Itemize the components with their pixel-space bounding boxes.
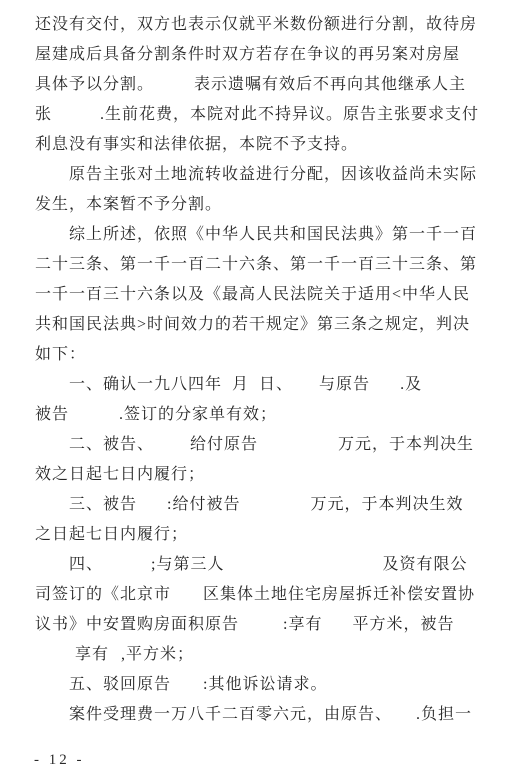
text-segment: 及资有限公 [382,556,467,573]
text-segment: ;与第三人 [151,556,224,573]
text-segment: 四、 [69,556,103,573]
text-line: 司签订的《北京市区集体土地住宅房屋拆迁补偿安置协 [35,580,495,610]
redaction-gap [171,598,203,599]
text-segment: 被告 [35,406,69,423]
text-line: 二、被告、给付原告万元，于本判决生 [35,430,495,460]
text-line: 议书》中安置购房面积原告:享有平方米，被告 [35,610,495,640]
text-line: 二十三条、第一千一百二十六条、第一千一百三十三条、第 [35,250,495,280]
text-line: 原告主张对土地流转收益进行分配，因该收益尚未实际 [35,160,495,190]
text-segment: :给付被告 [167,496,240,513]
redaction-gap [392,718,416,719]
text-line: 利息没有事实和法律依据，本院不予支持。 [35,130,495,160]
text-segment: 还没有交付，双方也表示仅就平米数份额进行分割，故待房 [35,16,477,33]
text-segment: 一千一百三十六条以及《最高人民法院关于适用<中华人民 [35,286,470,303]
text-line: 屋建成后具备分割条件时双方若存在争议的再另案对房屋 [35,40,495,70]
redaction-gap [52,118,100,119]
text-segment: 与原告 [319,376,370,393]
text-segment: 享有 [75,646,109,663]
text-segment: 效之日起七日内履行； [35,466,205,483]
text-segment: 原告主张对土地流转收益进行分配，因该收益尚未实际 [69,166,477,183]
text-segment: 日、 [259,376,293,393]
text-line: 一、确认一九八四年月日、与原告.及 [35,370,495,400]
text-segment: .及 [400,376,422,393]
text-segment: 张 [35,106,52,123]
redaction-gap [239,628,283,629]
text-line: 综上所述，依照《中华人民共和国民法典》第一千一百 [35,220,495,250]
text-segment: 发生，本案暂不予分割。 [35,196,222,213]
text-line: 五、驳回原告:其他诉讼请求。 [35,670,495,700]
redaction-gap [322,628,352,629]
text-segment: 二、被告、 [69,436,154,453]
document-page: 还没有交付，双方也表示仅就平米数份额进行分割，故待房屋建成后具备分割条件时双方若… [0,0,516,783]
text-segment: 万元，于本判决生效 [310,496,463,513]
redaction-gap [154,88,194,89]
redaction-gap [69,418,119,419]
text-line: 被告.签订的分家单有效； [35,400,495,430]
text-segment: 一、确认一九八四年 [69,376,222,393]
redaction-gap [224,568,382,569]
text-segment: .生前花费，本院对此不持异议。原告主张要求支付 [100,106,479,123]
text-line: 之日起七日内履行； [35,520,495,550]
text-line: 效之日起七日内履行； [35,460,495,490]
text-segment: 具体予以分割。 [35,76,154,93]
text-segment: 如下： [35,346,86,363]
redaction-gap [103,568,151,569]
text-line: 三、被告:给付被告万元，于本判决生效 [35,490,495,520]
text-segment: 给付原告 [190,436,258,453]
text-line: 如下： [35,340,495,370]
redaction-gap [222,388,232,389]
text-segment: 共和国民法典>时间效力的若干规定》第三条之规定，判决 [35,316,470,333]
redaction-gap [109,658,121,659]
text-segment: :其他诉讼请求。 [203,676,327,693]
text-line: 还没有交付，双方也表示仅就平米数份额进行分割，故待房 [35,10,495,40]
text-segment: 区集体土地住宅房屋拆迁补偿安置协 [203,586,475,603]
text-line: 共和国民法典>时间效力的若干规定》第三条之规定，判决 [35,310,495,340]
page-number: - 12 - [34,750,85,770]
redaction-gap [370,388,400,389]
text-segment: 综上所述，依照《中华人民共和国民法典》第一千一百 [69,226,477,243]
text-line: 享有,平方米； [35,640,495,670]
text-segment: 平方米，被告 [352,616,454,633]
redaction-gap [249,388,259,389]
text-segment: 司签订的《北京市 [35,586,171,603]
text-segment: 月 [232,376,249,393]
redaction-gap [293,388,319,389]
redaction-gap [171,688,203,689]
text-line: 四、;与第三人及资有限公 [35,550,495,580]
redaction-gap [240,508,310,509]
text-segment: .签订的分家单有效； [119,406,277,423]
text-line: 发生，本案暂不予分割。 [35,190,495,220]
redaction-gap [258,448,338,449]
text-line: 一千一百三十六条以及《最高人民法院关于适用<中华人民 [35,280,495,310]
redaction-gap [137,508,167,509]
text-segment: 五、驳回原告 [69,676,171,693]
text-segment: 议书》中安置购房面积原告 [35,616,239,633]
text-segment: 案件受理费一万八千二百零六元，由原告、 [69,706,392,723]
text-segment: .负担一 [416,706,472,723]
text-line: 案件受理费一万八千二百零六元，由原告、.负担一 [35,700,495,730]
document-body: 还没有交付，双方也表示仅就平米数份额进行分割，故待房屋建成后具备分割条件时双方若… [35,10,495,730]
text-segment: 表示遗嘱有效后不再向其他继承人主 [194,76,466,93]
text-line: 具体予以分割。表示遗嘱有效后不再向其他继承人主 [35,70,495,100]
text-segment: 之日起七日内履行； [35,526,188,543]
text-line: 张.生前花费，本院对此不持异议。原告主张要求支付 [35,100,495,130]
text-segment: 利息没有事实和法律依据，本院不予支持。 [35,136,358,153]
text-segment: 二十三条、第一千一百二十六条、第一千一百三十三条、第 [35,256,477,273]
text-segment: 万元，于本判决生 [338,436,474,453]
text-segment: 三、被告 [69,496,137,513]
text-segment: :享有 [283,616,322,633]
redaction-gap [154,448,190,449]
text-segment: 屋建成后具备分割条件时双方若存在争议的再另案对房屋 [35,46,460,63]
text-segment: ,平方米； [121,646,194,663]
